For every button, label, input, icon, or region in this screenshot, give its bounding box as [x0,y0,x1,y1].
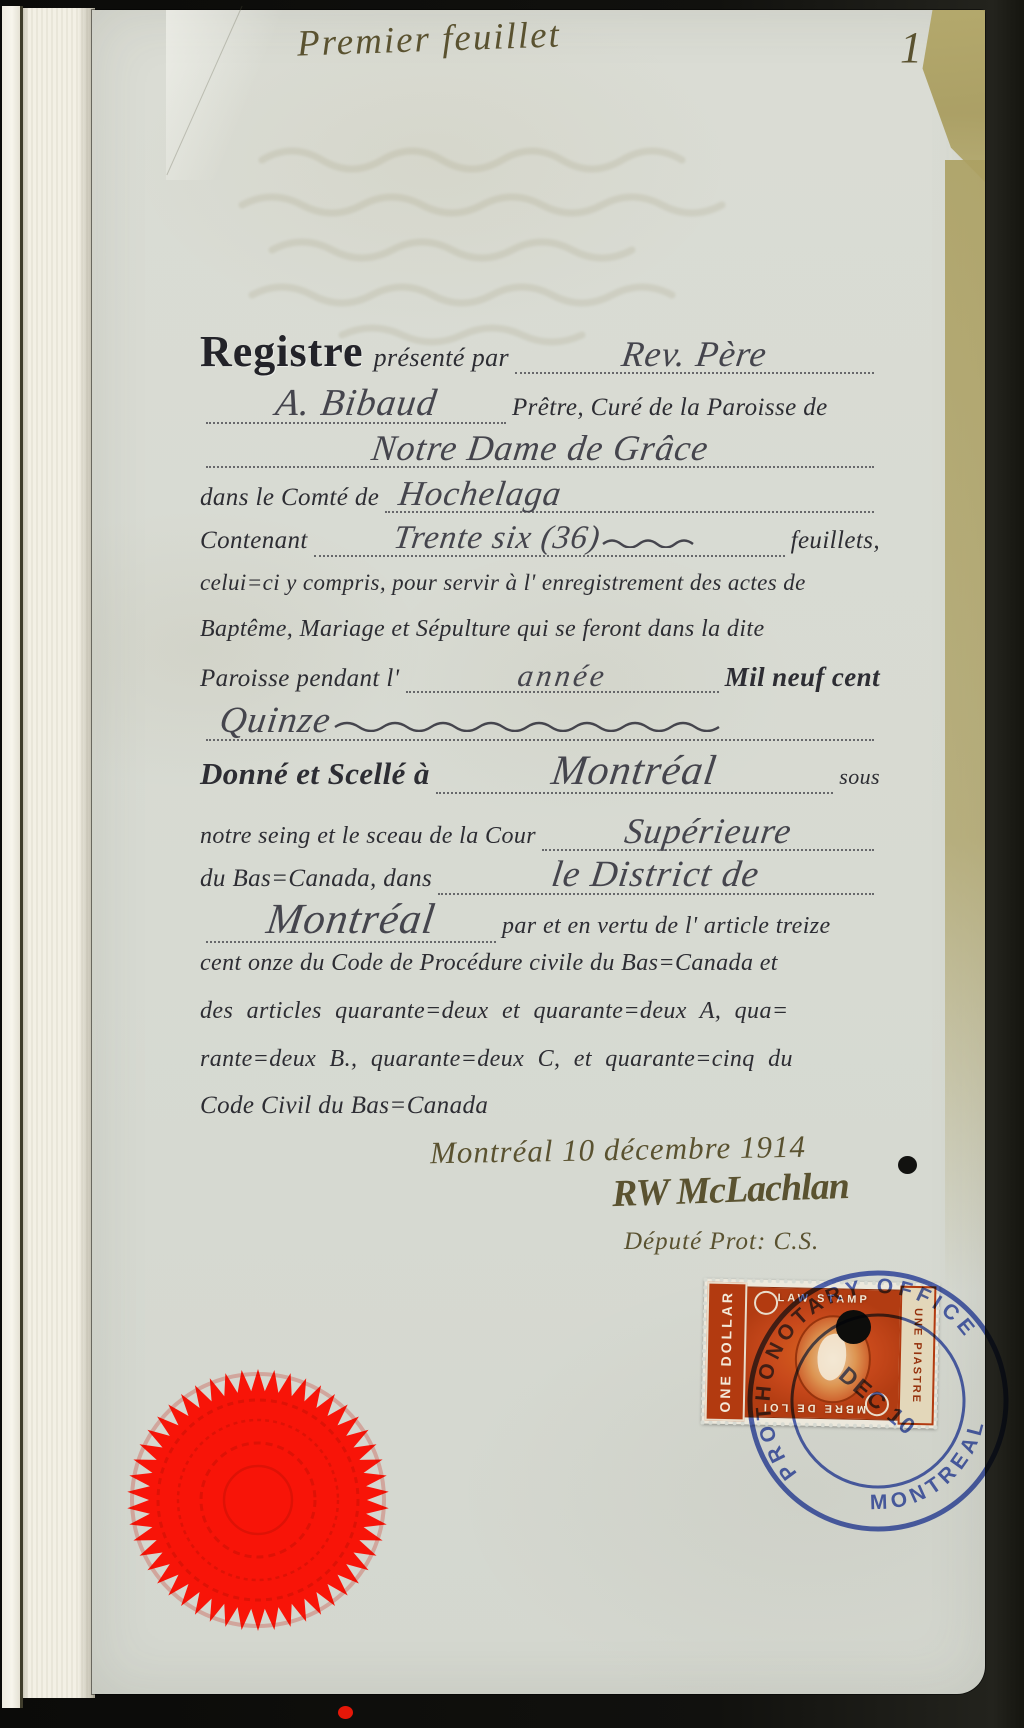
handwritten-montreal-2: Montréal [264,898,438,941]
printed-cent-onze: cent onze du Code de Procédure civile du… [200,950,778,977]
ink-blot [898,1156,917,1174]
fill-line-montreal: Montréal [206,898,496,943]
printed-pretre-cure: Prêtre, Curé de la Paroisse de [512,394,828,422]
printed-code-civil: Code Civil du Bas=Canada [200,1092,488,1120]
form-line-celui-ci: celui=ci y compris, pour servir à l' enr… [200,570,880,596]
fill-line-paroisse: Notre Dame de Grâce [206,430,874,468]
closing-dateline: Montréal 10 décembre 1914 [430,1129,807,1172]
book-binding-cloth [23,8,95,1698]
form-line-donne-scelle: Donné et Scellé à Montréal sous [200,750,880,794]
printed-sous: sous [839,764,880,790]
printed-rante-deux: rante=deux B., quarante=deux C, et quara… [200,1046,793,1073]
form-line-quarante: rante=deux B., quarante=deux C, et quara… [200,1046,880,1073]
form-line-contenant: Contenant Trente six (36) feuillets, [200,522,880,557]
signer-title: Député Prot: C.S. [624,1228,819,1256]
handwritten-hochelaga: Hochelaga [397,476,564,511]
printed-presente-par: présenté par [374,343,510,373]
printed-notre-seing: notre seing et le sceau de la Cour [200,823,536,850]
form-line-cent-onze: cent onze du Code de Procédure civile du… [200,950,880,977]
page-number: 1 [900,22,922,73]
handwritten-quinze: Quinze [217,702,333,739]
register-page: Premier feuillet 1 Registre présenté par… [92,10,985,1694]
handwritten-le-district-de: le District de [550,856,762,893]
printed-celui-ci: celui=ci y compris, pour servir à l' enr… [200,570,806,596]
binding-tape-strip [945,160,985,1290]
handwritten-annee: année [515,660,608,691]
printed-contenant: Contenant [200,527,308,555]
ink-squiggle-long [331,718,731,732]
printed-des-articles: des articles quarante=deux et quarante=d… [200,998,788,1025]
printed-dans-le-comte: dans le Comté de [200,484,379,512]
form-line-cure: A. Bibaud Prêtre, Curé de la Paroisse de [200,384,880,424]
handwritten-rev-pere: Rev. Père [620,336,770,372]
printed-feuillets: feuillets, [791,527,880,555]
book-page-edges [2,6,23,1708]
red-court-seal [113,1355,403,1645]
handwritten-notre-dame-de-grace: Notre Dame de Grâce [369,430,711,466]
form-line-annee: Paroisse pendant l' année Mil neuf cent [200,660,880,693]
fill-line-lieu: Montréal [436,750,833,794]
handwritten-montreal-1: Montréal [549,750,719,792]
handwritten-trente-six: Trente six (36) [391,522,602,555]
printed-mil-neuf-cent: Mil neuf cent [725,662,880,693]
ink-squiggle [600,536,705,548]
fill-line-district: le District de [438,856,874,895]
form-line-district: du Bas=Canada, dans le District de [200,856,880,895]
prothonotary-signature: RW McLachlan [611,1164,849,1216]
fill-line-cour: Supérieure [542,813,874,851]
fill-line-annee: année [406,660,719,693]
printed-donne-scelle: Donné et Scellé à [200,756,430,792]
printed-bapteme-mariage: Baptême, Mariage et Sépulture qui se fer… [200,616,765,643]
form-line-code-civil: Code Civil du Bas=Canada [200,1092,880,1120]
handwritten-superieure: Supérieure [622,813,794,849]
printed-bas-canada-dans: du Bas=Canada, dans [200,865,432,893]
handwritten-bibaud: A. Bibaud [273,384,439,422]
form-line-cour: notre seing et le sceau de la Cour Supér… [200,813,880,851]
fill-line-quinze: Quinze [206,702,874,741]
form-line-comte: dans le Comté de Hochelaga [200,476,880,513]
fill-line-cure-name: A. Bibaud [206,384,506,424]
stray-seal-wax-dot [338,1706,353,1719]
postmark-arc-top: PROTHONOTARY OFFICE [701,1224,982,1485]
form-line-articles: des articles quarante=deux et quarante=d… [200,998,880,1025]
svg-text:PROTHONOTARY OFFICE: PROTHONOTARY OFFICE [701,1224,982,1485]
fill-line-feuillets-count: Trente six (36) [314,522,785,557]
fill-line-presenter: Rev. Père [515,336,874,374]
form-line-quinze: Quinze [200,702,880,741]
page-header-title: Premier feuillet [296,13,561,65]
printed-paroisse-pendant: Paroisse pendant l' [200,665,400,693]
form-line-registre: Registre présenté par Rev. Père [200,326,880,377]
registre-ornate-word: Registre [200,326,364,377]
postmark-date: DEC 10 [834,1361,922,1440]
form-line-montreal: Montréal par et en vertu de l' article t… [200,898,880,943]
printed-par-et-en-vertu: par et en vertu de l' article treize [502,913,831,940]
form-line-bapteme: Baptême, Mariage et Sépulture qui se fer… [200,616,880,643]
fill-line-comte: Hochelaga [385,476,874,513]
form-line-paroisse-name: Notre Dame de Grâce [200,430,880,468]
